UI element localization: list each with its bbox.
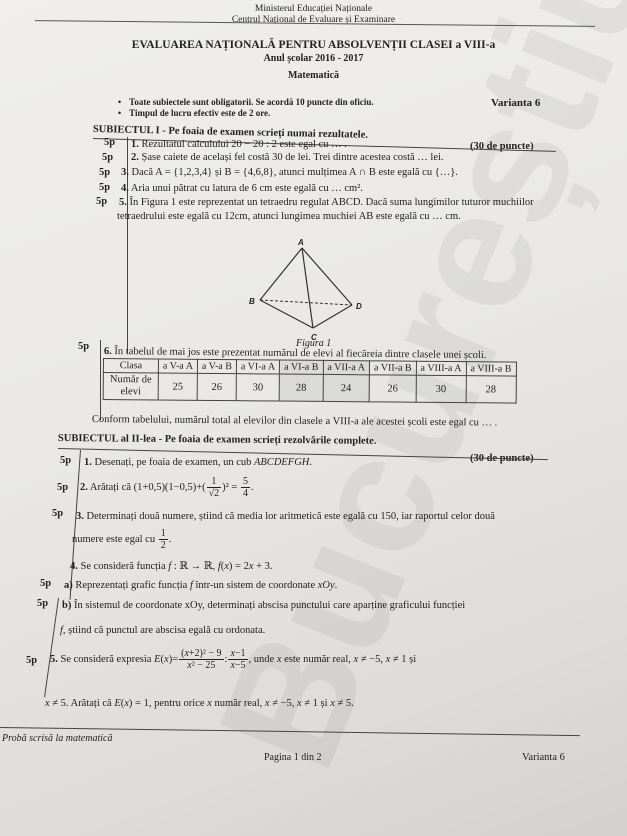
question-s1-1: 1. Rezultatul calculului 20 − 20 : 2 est… xyxy=(131,138,347,151)
points-label: 5p xyxy=(78,341,89,352)
section1-margin-line-q6 xyxy=(100,340,101,420)
question-s2-3-cont: numere este egal cu 12. xyxy=(72,528,171,551)
points-label: 5p xyxy=(99,182,110,193)
table-header-cell: a VIII-a B xyxy=(466,362,516,376)
question-s2-4a: a) Reprezentați grafic funcția f într-un… xyxy=(64,579,337,592)
vertex-label-a: A xyxy=(297,238,304,247)
table-cell: 30 xyxy=(236,374,279,401)
exam-page: Bucureștiul Ministerul Educației Naționa… xyxy=(0,0,627,836)
table-cell: 26 xyxy=(197,373,236,400)
tetrahedron-figure: A B C D xyxy=(220,230,380,340)
points-label: 5p xyxy=(52,508,63,519)
table-header-cell: a VII-a A xyxy=(323,360,370,374)
footer-exam-name: Probă scrisă la matematică xyxy=(2,733,112,744)
table-header-label: Clasa xyxy=(103,359,158,373)
section2-title: SUBIECTUL al II-lea - Pe foaia de examen… xyxy=(58,433,377,447)
school-year: Anul școlar 2016 - 2017 xyxy=(0,52,627,66)
exam-title: EVALUAREA NAȚIONALĂ PENTRU ABSOLVENȚII C… xyxy=(0,38,627,52)
question-s2-3: 3. Determinați două numere, știind că me… xyxy=(76,510,495,523)
table-cell: 24 xyxy=(323,374,370,401)
points-label: 5p xyxy=(104,137,115,148)
question-s1-3: 3. Dacă A = {1,2,3,4} și B = {4,6,8}, at… xyxy=(121,166,458,179)
question-s2-4b-cont: f, știind că punctul are abscisa egală c… xyxy=(60,624,265,637)
question-s2-5-cont: x ≠ 5. Arătați că E(x) = 1, pentru orice… xyxy=(45,697,354,710)
question-s1-4: 4. Aria unui pătrat cu latura de 6 cm es… xyxy=(121,182,363,195)
points-label: 5p xyxy=(102,152,113,163)
table-row-label: Număr de elevi xyxy=(103,373,158,400)
points-label: 5p xyxy=(37,598,48,609)
table-header-cell: a V-a B xyxy=(197,359,236,373)
question-s2-1: 1. Desenați, pe foaia de examen, un cub … xyxy=(84,456,312,469)
points-label: 5p xyxy=(60,455,71,466)
table-header-cell: a V-a A xyxy=(158,359,197,373)
subject-name: Matematică xyxy=(0,70,627,81)
instruction-item: Timpul de lucru efectiv este de 2 ore. xyxy=(118,108,374,119)
section2-margin-line xyxy=(70,450,81,600)
points-label: 5p xyxy=(40,578,51,589)
vertex-label-d: D xyxy=(356,302,362,311)
class-students-table: Clasa a V-a A a V-a B a VI-a A a VI-a B … xyxy=(103,358,517,404)
table-header-cell: a VI-a A xyxy=(236,360,279,374)
table-header-cell: a VII-a B xyxy=(369,361,416,375)
points-label: 5p xyxy=(99,167,110,178)
table-cell: 30 xyxy=(416,375,466,402)
question-s2-4b: b) În sistemul de coordonate xOy, determ… xyxy=(62,599,465,612)
vertex-label-b: B xyxy=(249,297,255,306)
question-s2-4: 4. Se consideră funcția f : ℝ → ℝ, f(x) … xyxy=(70,560,273,573)
question-s2-5: 5. Se consideră expresia E(x)=(x+2)² − 9… xyxy=(50,647,416,673)
table-header-cell: a VI-a B xyxy=(280,360,323,374)
question-s1-5-cont: tetraedrului este egală cu 12cm, atunci … xyxy=(117,210,461,223)
table-row: Număr de elevi 25 26 30 28 24 26 30 28 xyxy=(103,373,516,404)
table-cell: 26 xyxy=(369,375,416,402)
instructions-list: Toate subiectele sunt obligatorii. Se ac… xyxy=(118,97,374,119)
points-label: 5p xyxy=(96,196,107,207)
instruction-item: Toate subiectele sunt obligatorii. Se ac… xyxy=(118,97,374,108)
question-s1-5: 5. În Figura 1 este reprezentat un tetra… xyxy=(119,196,534,209)
table-cell: 28 xyxy=(279,374,322,401)
question-s1-6-after: Conform tabelului, numărul total al elev… xyxy=(92,413,497,430)
ministry-name: Ministerul Educației Naționale xyxy=(0,4,627,15)
exam-title-block: EVALUAREA NAȚIONALĂ PENTRU ABSOLVENȚII C… xyxy=(0,38,627,66)
points-label: 5p xyxy=(26,655,37,666)
footer-page-number: Pagina 1 din 2 xyxy=(264,752,322,763)
variant-label: Varianta 6 xyxy=(491,97,540,109)
table-header-cell: a VIII-a A xyxy=(416,361,466,375)
question-s1-2: 2. Șase caiete de același fel costă 30 d… xyxy=(131,151,444,164)
points-label: 5p xyxy=(57,482,68,493)
table-cell: 25 xyxy=(158,373,197,400)
table-cell: 28 xyxy=(466,376,516,403)
footer-variant: Varianta 6 xyxy=(522,752,565,763)
question-s2-2: 2. Arătați că (1+0,5)(1−0,5)+(1√2)² = 54… xyxy=(80,476,254,499)
